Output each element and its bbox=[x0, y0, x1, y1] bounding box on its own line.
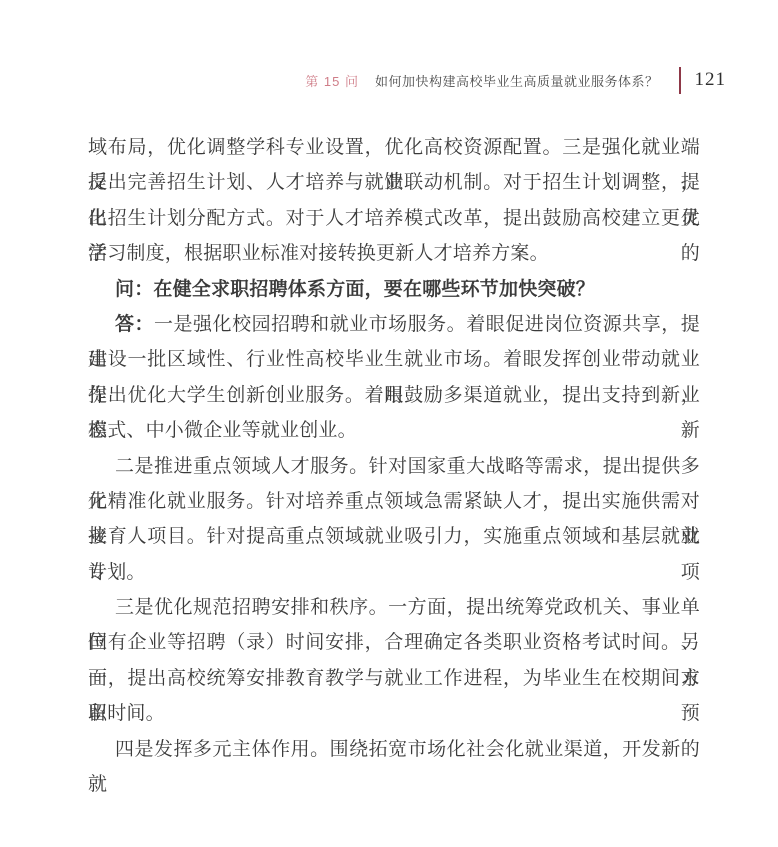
header-chapter-title: 如何加快构建高校毕业生高质量就业服务体系？ bbox=[375, 71, 659, 90]
body-line: 答：一是强化校园招聘和就业市场服务。着眼促进岗位资源共享，提出 bbox=[88, 307, 700, 342]
body-line: 化招生计划分配方式。对于人才培养模式改革，提出鼓励高校建立更灵活的 bbox=[88, 201, 700, 236]
body-line: 二是推进重点领域人才服务。针对国家重大战略等需求，提出提供多元 bbox=[88, 449, 700, 484]
book-page: 第 15 问 如何加快构建高校毕业生高质量就业服务体系？ 121 域布局，优化调… bbox=[0, 0, 778, 847]
body-line: 建设一批区域性、行业性高校毕业生就业市场。着眼发挥创业带动就业作用， bbox=[88, 342, 700, 377]
page-number: 121 bbox=[695, 69, 727, 91]
body-lines: 域布局，优化调整学科专业设置，优化高校资源配置。三是强化就业端反馈，提出完善招生… bbox=[88, 130, 700, 767]
body-line: 化精准化就业服务。针对培养重点领域急需紧缺人才，提出实施供需对接就 bbox=[88, 484, 700, 519]
body-line: 四是发挥多元主体作用。围绕拓宽市场化社会化就业渠道，开发新的就 bbox=[88, 732, 700, 767]
header-divider-bar bbox=[679, 67, 681, 94]
body-line: 三是优化规范招聘安排和秩序。一方面，提出统筹党政机关、事业单位、 bbox=[88, 590, 700, 625]
body-line: 提出完善招生计划、人才培养与就业联动机制。对于招生计划调整，提出优 bbox=[88, 165, 700, 200]
header-question-number: 第 15 问 bbox=[305, 71, 359, 90]
body-line: 提出优化大学生创新创业服务。着眼鼓励多渠道就业，提出支持到新业态新 bbox=[88, 378, 700, 413]
body-line: 面，提出高校统筹安排教育教学与就业工作进程，为毕业生在校期间求职预 bbox=[88, 661, 700, 696]
question-line: 问：在健全求职招聘体系方面，要在哪些环节加快突破？ bbox=[88, 272, 700, 307]
body-line: 业育人项目。针对提高重点领域就业吸引力，实施重点领域和基层就业专项 bbox=[88, 519, 700, 554]
body-line: 国有企业等招聘（录）时间安排，合理确定各类职业资格考试时间。另一方 bbox=[88, 625, 700, 660]
answer-label: 答： bbox=[115, 314, 154, 335]
body-line: 域布局，优化调整学科专业设置，优化高校资源配置。三是强化就业端反馈， bbox=[88, 130, 700, 165]
running-header: 第 15 问 如何加快构建高校毕业生高质量就业服务体系？ 121 bbox=[0, 64, 726, 96]
